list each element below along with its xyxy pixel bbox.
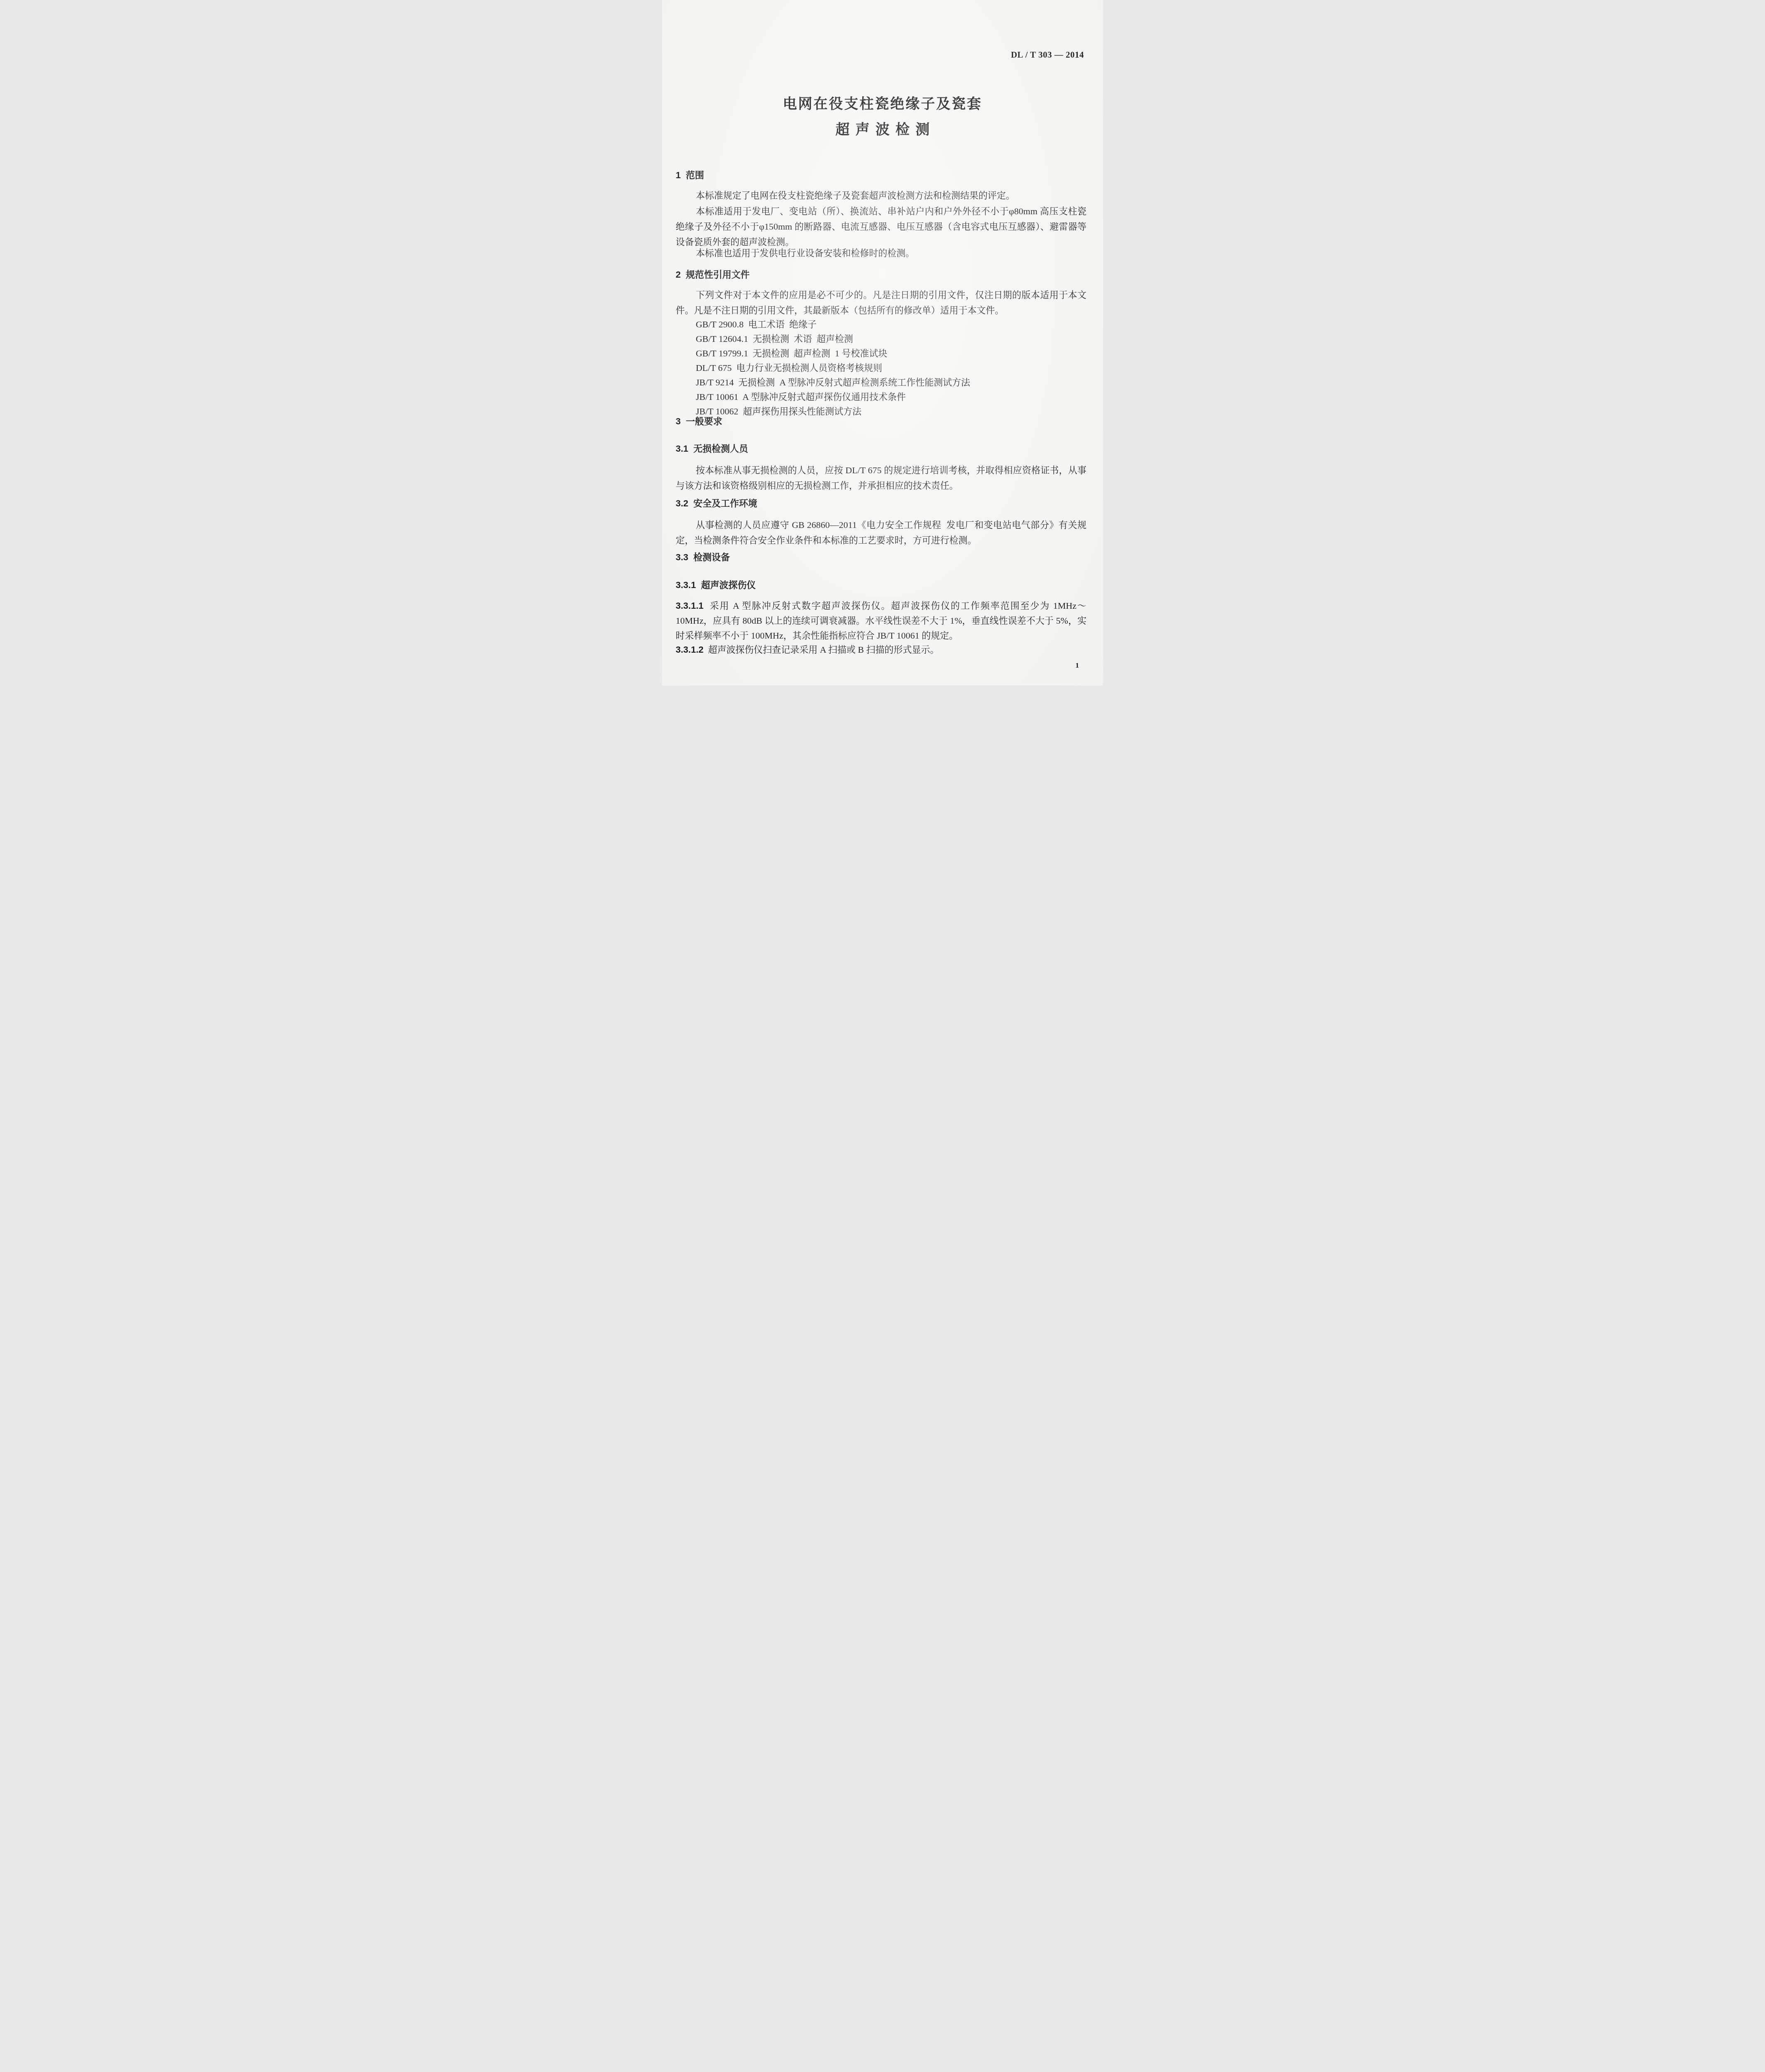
section-3-2-heading: 3.2 安全及工作环境: [676, 497, 1086, 510]
clause-3-3-1-2: 3.3.1.2 超声波探伤仪扫查记录采用 A 扫描或 B 扫描的形式显示。: [676, 642, 1086, 657]
section-3-2-paragraph: 从事检测的人员应遵守 GB 26860—2011《电力安全工作规程 发电厂和变电…: [676, 517, 1086, 548]
page-number: 1: [1076, 661, 1079, 670]
document-title: 电网在役支柱瓷绝缘子及瓷套 超声波检测: [662, 94, 1103, 139]
section-3-1-paragraph: 按本标准从事无损检测的人员，应按 DL/T 675 的规定进行培训考核，并取得相…: [676, 462, 1086, 493]
section-2-heading: 2 规范性引用文件: [676, 269, 1086, 281]
section-1-paragraph-2: 本标准适用于发电厂、变电站（所）、换流站、串补站户内和户外外径不小于φ80mm …: [676, 203, 1086, 249]
document-title-line2: 超声波检测: [662, 120, 1103, 139]
reference-item: GB/T 12604.1 无损检测 术语 超声检测: [676, 332, 1086, 346]
section-3-heading: 3 一般要求: [676, 415, 1086, 428]
clause-3-3-1-2-number: 3.3.1.2: [676, 644, 703, 655]
section-1-heading: 1 范围: [676, 169, 1086, 182]
document-title-line1: 电网在役支柱瓷绝缘子及瓷套: [662, 94, 1103, 114]
section-3-3-heading: 3.3 检测设备: [676, 551, 1086, 564]
clause-3-3-1-1-number: 3.3.1.1: [676, 600, 703, 611]
section-1-paragraph-1: 本标准规定了电网在役支柱瓷绝缘子及瓷套超声波检测方法和检测结果的评定。: [676, 188, 1086, 203]
section-3-1-heading: 3.1 无损检测人员: [676, 443, 1086, 455]
section-3-3-1-heading: 3.3.1 超声波探伤仪: [676, 579, 1086, 591]
reference-item: JB/T 9214 无损检测 A 型脉冲反射式超声检测系统工作性能测试方法: [676, 375, 1086, 390]
clause-3-3-1-1: 3.3.1.1 采用 A 型脉冲反射式数字超声波探伤仪。超声波探伤仪的工作频率范…: [676, 598, 1086, 643]
normative-references-list: GB/T 2900.8 电工术语 绝缘子 GB/T 12604.1 无损检测 术…: [676, 317, 1086, 419]
section-2-intro: 下列文件对于本文件的应用是必不可少的。凡是注日期的引用文件，仅注日期的版本适用于…: [676, 287, 1086, 318]
reference-item: GB/T 19799.1 无损检测 超声检测 1 号校准试块: [676, 346, 1086, 361]
reference-item: JB/T 10061 A 型脉冲反射式超声探伤仪通用技术条件: [676, 390, 1086, 404]
document-page: DL / T 303 — 2014 电网在役支柱瓷绝缘子及瓷套 超声波检测 1 …: [662, 0, 1103, 685]
reference-item: GB/T 2900.8 电工术语 绝缘子: [676, 317, 1086, 332]
reference-item: DL/T 675 电力行业无损检测人员资格考核规则: [676, 361, 1086, 375]
standard-code: DL / T 303 — 2014: [1011, 50, 1084, 60]
clause-3-3-1-2-text: 超声波探伤仪扫查记录采用 A 扫描或 B 扫描的形式显示。: [703, 644, 939, 655]
section-1-paragraph-3: 本标准也适用于发供电行业设备安装和检修时的检测。: [676, 245, 1086, 261]
clause-3-3-1-1-text: 采用 A 型脉冲反射式数字超声波探伤仪。超声波探伤仪的工作频率范围至少为 1MH…: [676, 600, 1086, 641]
